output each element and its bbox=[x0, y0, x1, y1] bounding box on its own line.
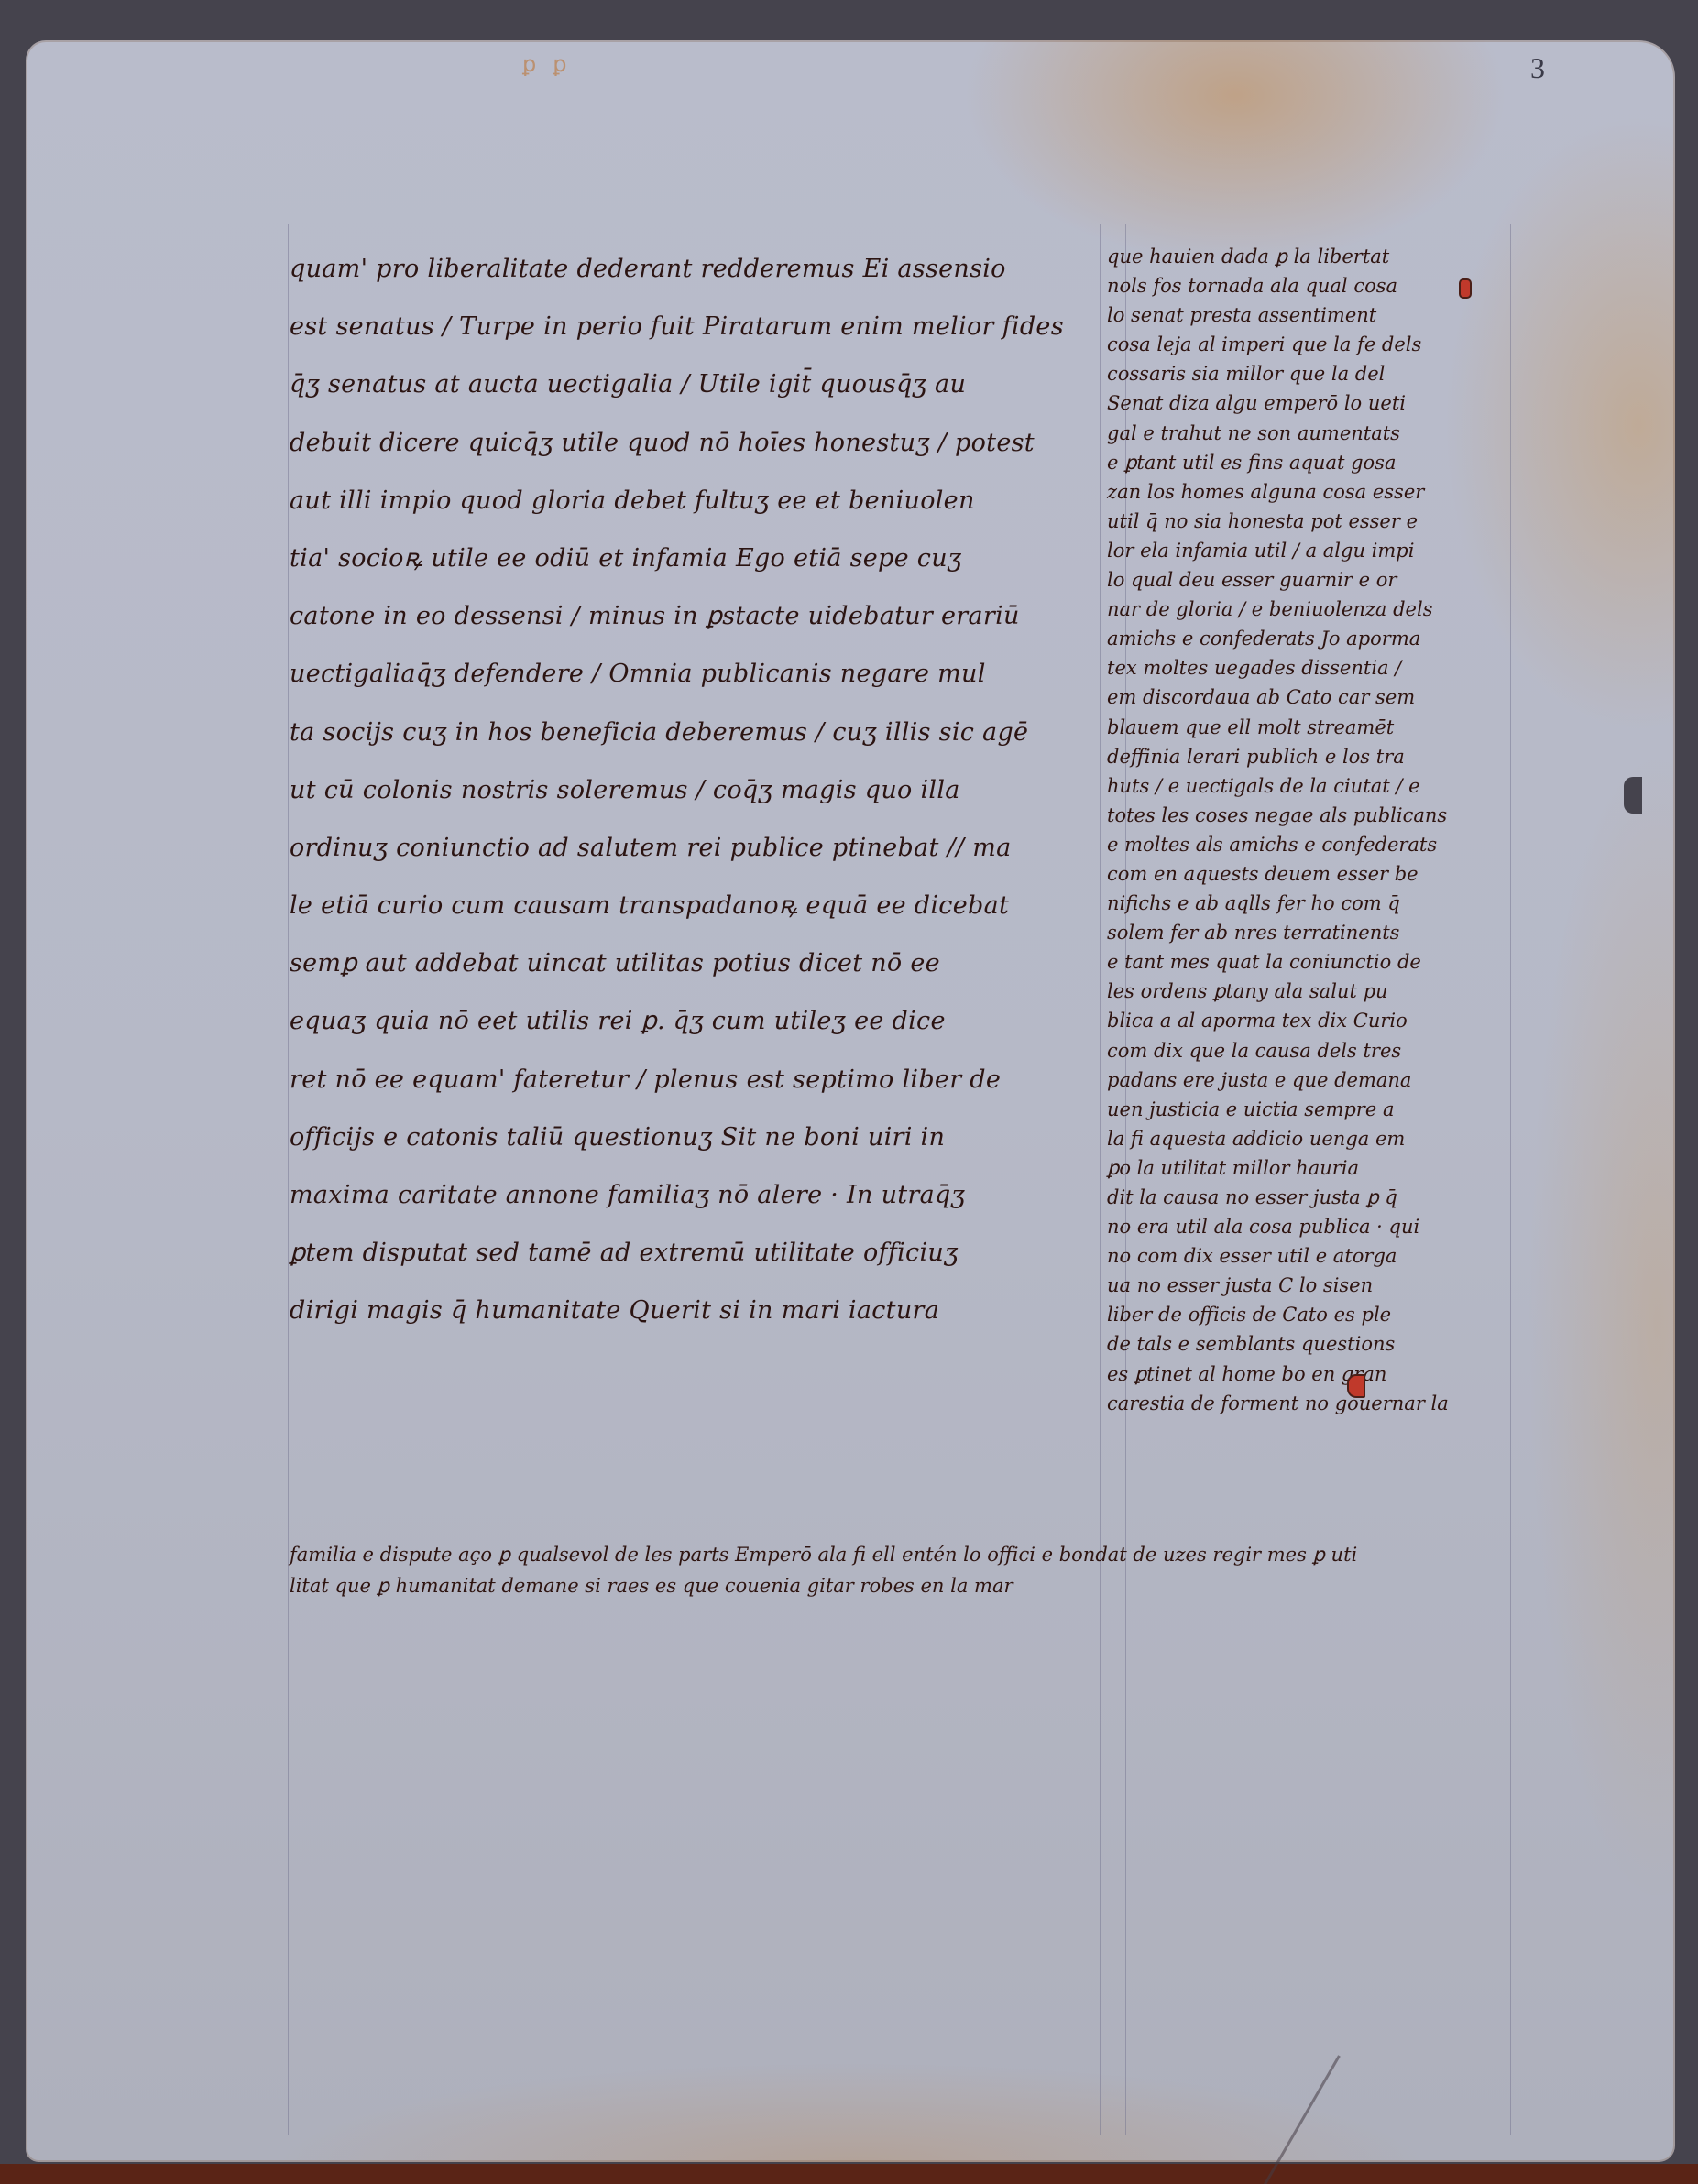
continuation-line: litat que ꝑ humanitat demane si raes es … bbox=[290, 1570, 1517, 1601]
gloss-line: gal e trahut ne son aumentats bbox=[1107, 419, 1501, 448]
gloss-line: deffinia lerari publich e los tra bbox=[1107, 742, 1501, 771]
gloss-line: la fi aquesta addicio uenga em bbox=[1107, 1124, 1501, 1153]
gloss-line: carestia de forment no gouernar la bbox=[1107, 1389, 1501, 1418]
text-line: debuit dicere quicq̄ʒ utile quod nō hoīe… bbox=[290, 414, 1087, 472]
ruling-line-mid bbox=[1100, 224, 1101, 2135]
gloss-line: nols fos tornada ala qual cosa bbox=[1107, 271, 1501, 300]
rubric-capital-c-mark bbox=[1347, 1374, 1365, 1398]
gloss-line: padans ere justa e que demana bbox=[1107, 1065, 1501, 1095]
text-line: uectigaliaq̄ʒ defendere / Omnia publican… bbox=[290, 645, 1087, 703]
gloss-line: no era util ala cosa publica · qui bbox=[1107, 1212, 1501, 1241]
faded-top-mark: ꝑ ꝑ bbox=[522, 51, 572, 78]
gloss-line: lor ela infamia util / a algu impi bbox=[1107, 536, 1501, 565]
text-line: equaʒ quia nō eet utilis rei ꝑ. q̄ʒ cum … bbox=[290, 992, 1087, 1050]
gloss-line: e ꝑtant util es fins aquat gosa bbox=[1107, 448, 1501, 477]
gloss-line: que hauien dada ꝑ la libertat bbox=[1107, 242, 1501, 271]
gloss-line: totes les coses negae als publicans bbox=[1107, 801, 1501, 830]
folio-number: 3 bbox=[1530, 51, 1545, 85]
gloss-line: e tant mes quat la coniunctio de bbox=[1107, 947, 1501, 977]
rubric-paragraph-mark bbox=[1459, 278, 1472, 299]
continuation-line: familia e dispute aço ꝑ qualsevol de les… bbox=[290, 1539, 1517, 1570]
gloss-line: amichs e confederats Jo aporma bbox=[1107, 624, 1501, 653]
text-line: aut illi impio quod gloria debet fultuʒ … bbox=[290, 472, 1087, 530]
gloss-line: huts / e uectigals de la ciutat / e bbox=[1107, 771, 1501, 801]
edge-tear bbox=[1624, 777, 1642, 814]
text-line: ut cū colonis nostris soleremus / coq̄ʒ … bbox=[290, 761, 1087, 819]
gloss-line: lo qual deu esser guarnir e or bbox=[1107, 565, 1501, 595]
continuation-text: familia e dispute aço ꝑ qualsevol de les… bbox=[290, 1539, 1517, 1601]
gloss-line: cossaris sia millor que la del bbox=[1107, 359, 1501, 388]
gloss-line: nar de gloria / e beniuolenza dels bbox=[1107, 595, 1501, 624]
gloss-line: util q̄ no sia honesta pot esser e bbox=[1107, 507, 1501, 536]
gloss-line: ua no esser justa C lo sisen bbox=[1107, 1271, 1501, 1300]
mount-bottom-edge bbox=[0, 2164, 1698, 2184]
gloss-line: e moltes als amichs e confederats bbox=[1107, 830, 1501, 859]
gloss-line: blica a al aporma tex dix Curio bbox=[1107, 1006, 1501, 1035]
text-line: ta socijs cuʒ in hos beneficia deberemus… bbox=[290, 704, 1087, 761]
gloss-line: uen justicia e uictia sempre a bbox=[1107, 1095, 1501, 1124]
text-line: q̄ʒ senatus at aucta uectigalia / Utile … bbox=[290, 355, 1087, 413]
gloss-line: liber de officis de Cato es ple bbox=[1107, 1300, 1501, 1329]
gloss-line: ꝑo la utilitat millor hauria bbox=[1107, 1153, 1501, 1183]
text-line: est senatus / Turpe in perio fuit Pirata… bbox=[290, 298, 1087, 355]
gloss-line: lo senat presta assentiment bbox=[1107, 300, 1501, 330]
text-line: quam' pro liberalitate dederant redderem… bbox=[290, 240, 1087, 298]
gloss-line: no com dix esser util e atorga bbox=[1107, 1241, 1501, 1271]
gloss-line: Senat diza algu emperō lo ueti bbox=[1107, 388, 1501, 418]
gloss-line: solem fer ab nres terratinents bbox=[1107, 918, 1501, 947]
ruling-line-left bbox=[288, 224, 289, 2135]
text-line: catone in eo dessensi / minus in ꝑstacte… bbox=[290, 587, 1087, 645]
catalan-gloss-column: que hauien dada ꝑ la libertat nols fos t… bbox=[1107, 242, 1501, 1418]
text-line: ordinuʒ coniunctio ad salutem rei public… bbox=[290, 819, 1087, 877]
text-line: le etiā curio cum causam transpadanoꝶ eq… bbox=[290, 877, 1087, 934]
gloss-line: com en aquests deuem esser be bbox=[1107, 859, 1501, 889]
gloss-line: de tals e semblants questions bbox=[1107, 1329, 1501, 1359]
gloss-line: em discordaua ab Cato car sem bbox=[1107, 682, 1501, 712]
gloss-line: les ordens ꝑtany ala salut pu bbox=[1107, 977, 1501, 1006]
text-line: semꝑ aut addebat uincat utilitas potius … bbox=[290, 934, 1087, 992]
text-line: ꝑtem disputat sed tamē ad extremū utilit… bbox=[290, 1224, 1087, 1282]
gloss-line: dit la causa no esser justa ꝑ q̄ bbox=[1107, 1183, 1501, 1212]
gloss-line: zan los homes alguna cosa esser bbox=[1107, 477, 1501, 507]
gloss-line: com dix que la causa dels tres bbox=[1107, 1036, 1501, 1065]
gloss-line: tex moltes uegades dissentia / bbox=[1107, 653, 1501, 682]
latin-text-column: quam' pro liberalitate dederant redderem… bbox=[290, 240, 1087, 1340]
gloss-line: nifichs e ab aqlls fer ho com q̄ bbox=[1107, 889, 1501, 918]
text-line: tia' socioꝶ utile ee odiū et infamia Ego… bbox=[290, 530, 1087, 587]
gloss-line: es ꝑtinet al home bo en gran bbox=[1107, 1360, 1501, 1389]
gloss-line: cosa leja al imperi que la fe dels bbox=[1107, 330, 1501, 359]
ruling-line-right bbox=[1510, 224, 1511, 2135]
text-line: dirigi magis q̄ humanitate Querit si in … bbox=[290, 1282, 1087, 1339]
text-line: ret nō ee equam' fateretur / plenus est … bbox=[290, 1051, 1087, 1108]
text-line: officijs e catonis taliū questionuʒ Sit … bbox=[290, 1108, 1087, 1166]
gloss-line: blauem que ell molt streamēt bbox=[1107, 713, 1501, 742]
text-line: maxima caritate annone familiaʒ nō alere… bbox=[290, 1166, 1087, 1224]
